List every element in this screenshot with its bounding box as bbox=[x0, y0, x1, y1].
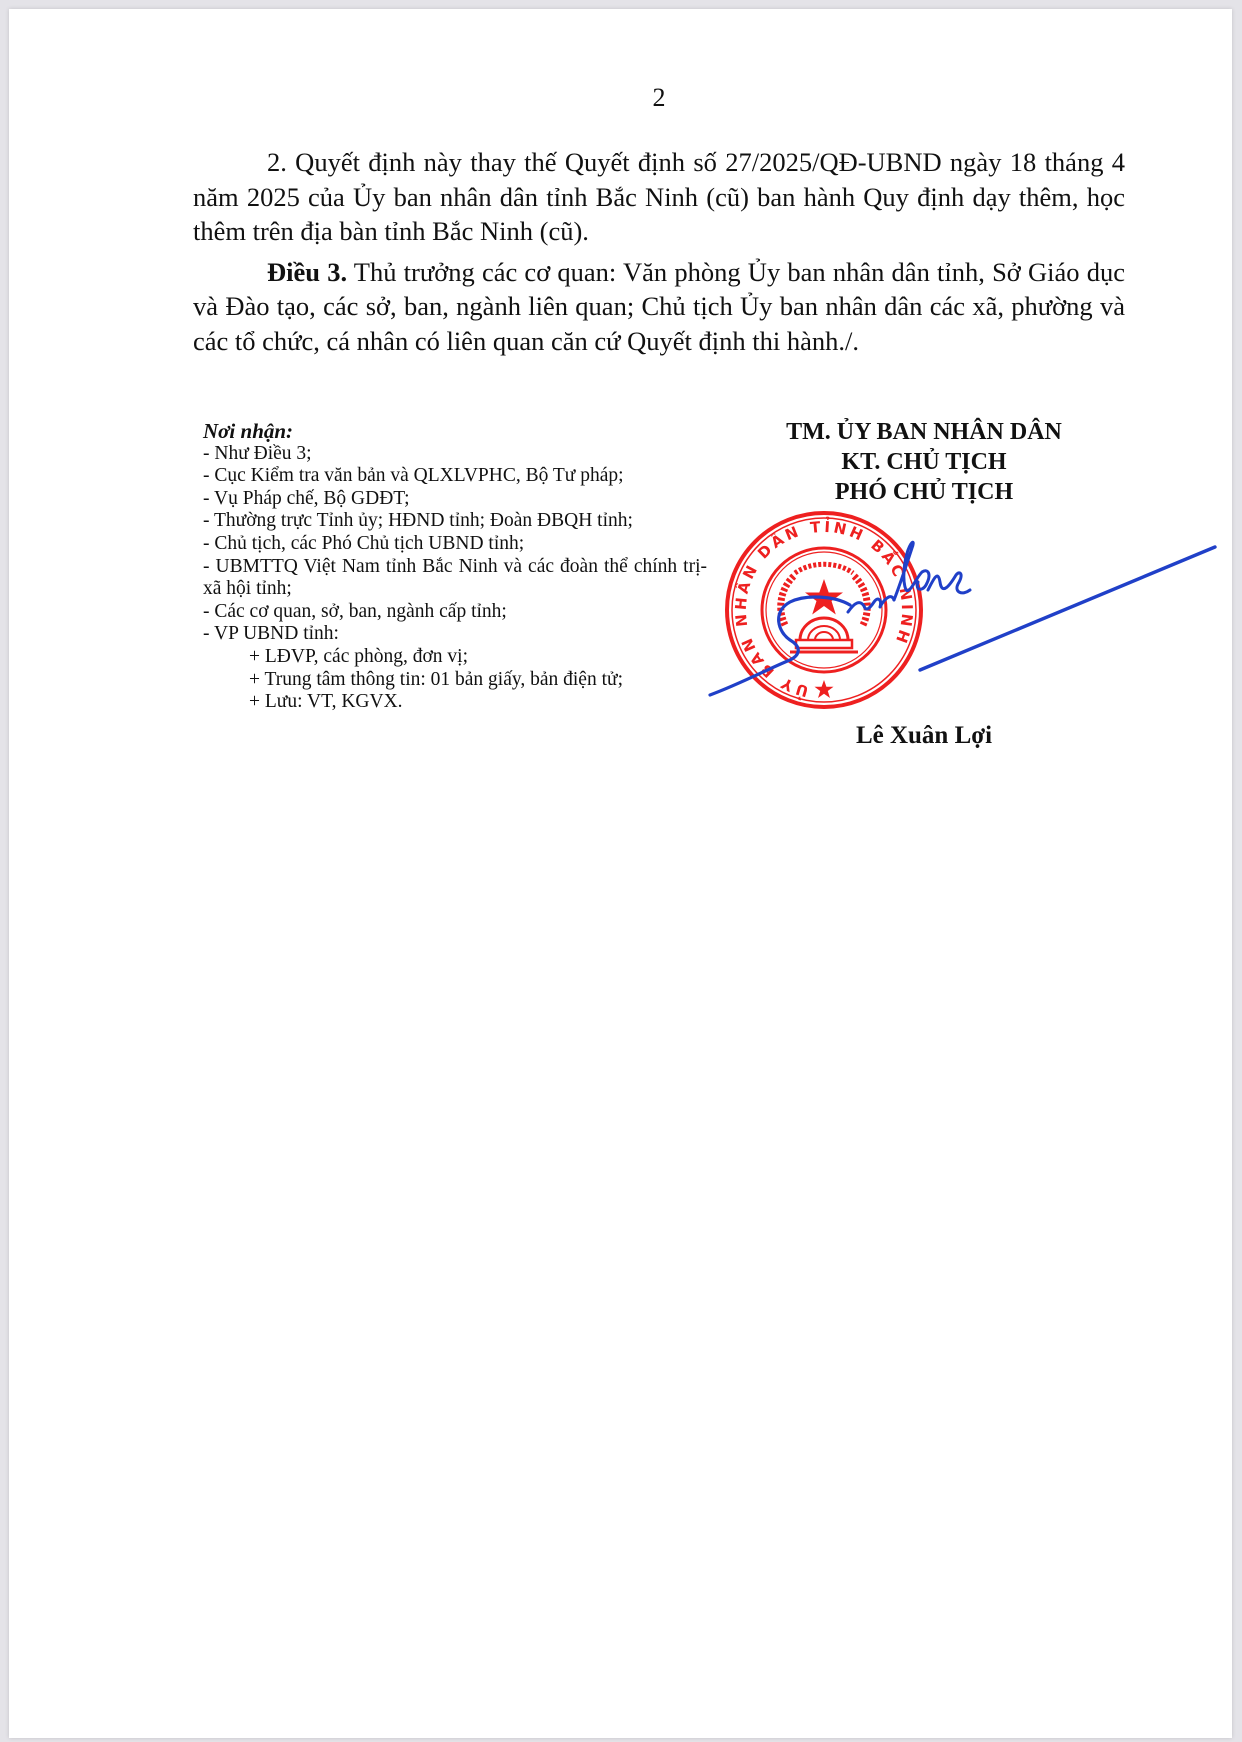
paragraph-replacement-clause: 2. Quyết định này thay thế Quyết định số… bbox=[193, 145, 1125, 249]
handwritten-signature-icon bbox=[710, 542, 1215, 695]
recipient-item: - VP UBND tỉnh: bbox=[203, 623, 707, 646]
paragraph-article-3: Điều 3. Thủ trưởng các cơ quan: Văn phòn… bbox=[193, 255, 1125, 359]
recipient-item: - UBMTTQ Việt Nam tỉnh Bắc Ninh và các đ… bbox=[203, 556, 707, 601]
recipient-sub-item: + Lưu: VT, KGVX. bbox=[203, 691, 707, 714]
document-body: 2. Quyết định này thay thế Quyết định số… bbox=[193, 145, 1125, 358]
recipient-item: - Các cơ quan, sở, ban, ngành cấp tỉnh; bbox=[203, 601, 707, 624]
recipients-block: Nơi nhận: - Như Điều 3; - Cục Kiểm tra v… bbox=[203, 420, 707, 714]
recipient-sub-item: + LĐVP, các phòng, đơn vị; bbox=[203, 646, 707, 669]
recipient-item: - Thường trực Tỉnh ủy; HĐND tỉnh; Đoàn Đ… bbox=[203, 510, 707, 533]
recipient-item: - Chủ tịch, các Phó Chủ tịch UBND tỉnh; bbox=[203, 533, 707, 556]
signature-line-on-behalf: TM. ỦY BAN NHÂN DÂN bbox=[739, 417, 1109, 447]
signature-title-block: TM. ỦY BAN NHÂN DÂN KT. CHỦ TỊCH PHÓ CHỦ… bbox=[739, 417, 1109, 507]
signature-line-chairman: KT. CHỦ TỊCH bbox=[739, 447, 1109, 477]
recipient-item: - Như Điều 3; bbox=[203, 443, 707, 466]
recipient-item: - Vụ Pháp chế, Bộ GDĐT; bbox=[203, 488, 707, 511]
document-page: 2 2. Quyết định này thay thế Quyết định … bbox=[9, 9, 1232, 1738]
signer-name: Lê Xuân Lợi bbox=[739, 721, 1109, 751]
official-seal-icon bbox=[727, 513, 921, 707]
recipient-sub-item: + Trung tâm thông tin: 01 bản giấy, bản … bbox=[203, 669, 707, 692]
seal-ring-text: ỦY BAN NHÂN DÂN TỈNH BẮC NINH bbox=[732, 515, 917, 703]
page-number: 2 bbox=[9, 83, 1242, 113]
signature-line-vice-chairman: PHÓ CHỦ TỊCH bbox=[739, 477, 1109, 507]
article-3-label: Điều 3. bbox=[267, 257, 347, 287]
recipients-title: Nơi nhận: bbox=[203, 420, 707, 443]
recipient-item: - Cục Kiểm tra văn bản và QLXLVPHC, Bộ T… bbox=[203, 465, 707, 488]
